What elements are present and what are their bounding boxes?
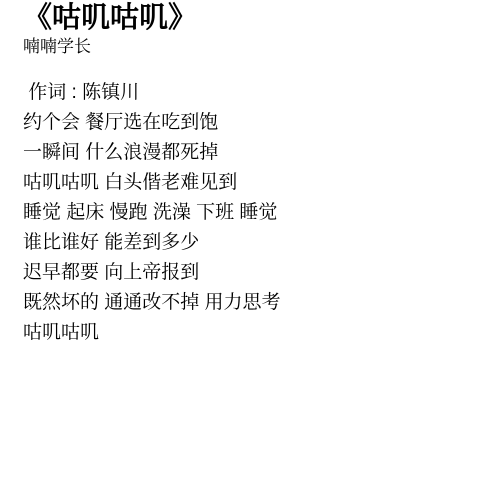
lyric-line: 一瞬间 什么浪漫都死掉	[23, 138, 490, 168]
lyric-line: 咕叽咕叽	[23, 318, 490, 348]
lyric-line: 咕叽咕叽 白头偕老难见到	[23, 168, 490, 198]
lyric-line: 迟早都要 向上帝报到	[23, 258, 490, 288]
lyrics-page: 《咕叽咕叽》 喃喃学长 作词 : 陈镇川 约个会 餐厅选在吃到饱 一瞬间 什么浪…	[0, 0, 500, 490]
lyric-line: 约个会 餐厅选在吃到饱	[23, 108, 490, 138]
lyric-line-credit: 作词 : 陈镇川	[23, 78, 490, 108]
artist-name: 喃喃学长	[23, 36, 490, 58]
song-title: 《咕叽咕叽》	[23, 0, 490, 36]
lyrics-block: 作词 : 陈镇川 约个会 餐厅选在吃到饱 一瞬间 什么浪漫都死掉 咕叽咕叽 白头…	[23, 78, 490, 348]
lyric-line: 谁比谁好 能差到多少	[23, 228, 490, 258]
lyric-line: 既然坏的 通通改不掉 用力思考	[23, 288, 490, 318]
lyric-line: 睡觉 起床 慢跑 洗澡 下班 睡觉	[23, 198, 490, 228]
